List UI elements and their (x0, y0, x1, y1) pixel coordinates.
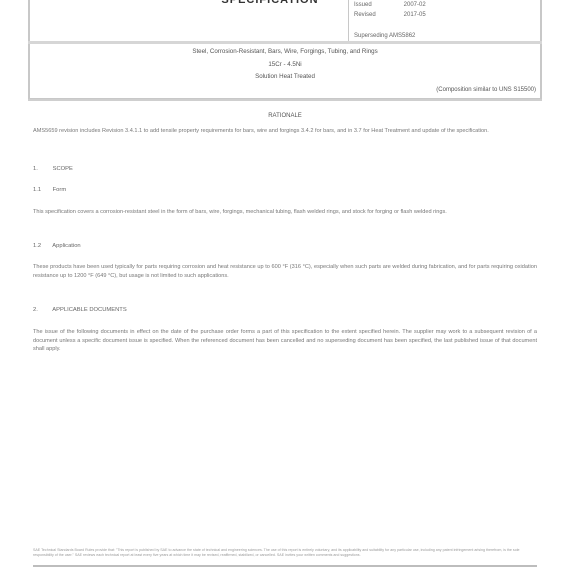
section-title: SCOPE (53, 166, 73, 172)
title-line-1: Steel, Corrosion-Resistant, Bars, Wire, … (28, 48, 542, 55)
issued-value: 2007-02 (404, 2, 426, 8)
header-divider-vertical (348, 0, 349, 42)
composition-note: (Composition similar to UNS S15500) (436, 87, 536, 93)
section-number: 1.1 (33, 187, 51, 193)
section-number: 2. (33, 307, 51, 313)
application-paragraph: These products have been used typically … (33, 263, 537, 280)
section-title: Form (53, 187, 67, 193)
section-number: 1.2 (33, 243, 51, 249)
form-paragraph: This specification covers a corrosion-re… (33, 208, 537, 217)
section-title: APPLICABLE DOCUMENTS (52, 307, 126, 313)
title-line-2: 15Cr - 4.5Ni (28, 61, 542, 68)
section-form: 1.1 Form (33, 187, 66, 193)
issued-row: Issued 2007-02 (354, 2, 426, 8)
header-divider-horizontal (28, 41, 542, 44)
section-applicable-documents: 2. APPLICABLE DOCUMENTS (33, 307, 127, 313)
revised-row: Revised 2017-05 (354, 12, 426, 18)
revised-label: Revised (354, 12, 402, 18)
applicable-documents-paragraph: The issue of the following documents in … (33, 328, 537, 354)
rationale-heading: RATIONALE (0, 113, 570, 119)
revised-value: 2017-05 (404, 12, 426, 18)
rationale-text: AMS5659 revision includes Revision 3.4.1… (33, 127, 537, 136)
footer-notice: SAE Technical Standards Board Rules prov… (33, 548, 537, 558)
section-scope: 1. SCOPE (33, 166, 73, 172)
title-block-bottom-border (28, 99, 542, 101)
section-number: 1. (33, 166, 51, 172)
title-line-3: Solution Heat Treated (28, 73, 542, 80)
footer-bar (33, 565, 537, 567)
superseding-note: Superseding AMS5862 (354, 33, 415, 39)
section-application: 1.2 Application (33, 243, 81, 249)
section-title: Application (52, 243, 80, 249)
issued-label: Issued (354, 2, 402, 8)
document-type-title: SPECIFICATION (192, 0, 348, 6)
